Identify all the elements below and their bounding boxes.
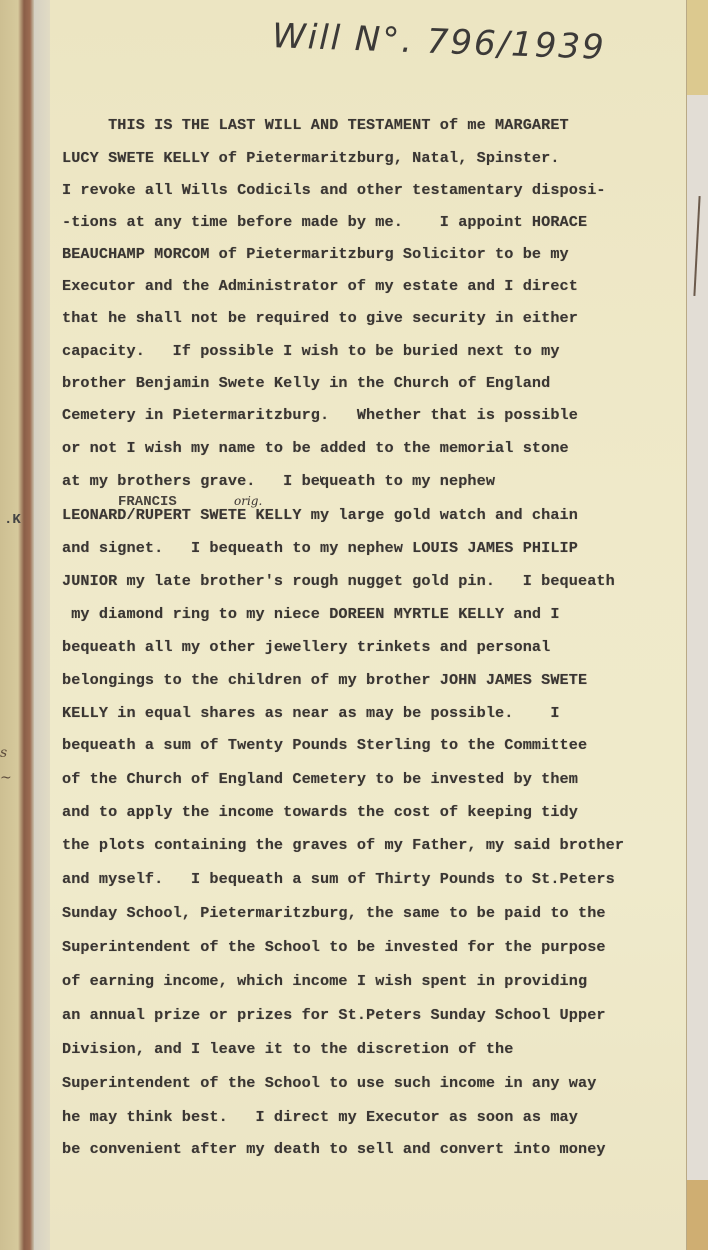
margin-handwriting: ~ (0, 770, 12, 786)
text-line: Superintendent of the School to be inves… (62, 938, 606, 956)
text-line: I revoke all Wills Codicils and other te… (62, 181, 606, 199)
text-line: THIS IS THE LAST WILL AND TESTAMENT of m… (62, 116, 569, 134)
text-line: and to apply the income towards the cost… (62, 803, 578, 821)
text-line: LUCY SWETE KELLY of Pietermaritzburg, Na… (62, 149, 560, 167)
text-line: an annual prize or prizes for St.Peters … (62, 1006, 606, 1024)
text-line: or not I wish my name to be added to the… (62, 439, 569, 457)
text-line: belongings to the children of my brother… (62, 671, 587, 689)
text-line: at my brothers grave. I bequeath to my n… (62, 472, 495, 490)
text-line: Sunday School, Pietermaritzburg, the sam… (62, 904, 606, 922)
text-line: Superintendent of the School to use such… (62, 1074, 596, 1092)
text-line: of the Church of England Cemetery to be … (62, 770, 578, 788)
text-line: of earning income, which income I wish s… (62, 972, 587, 990)
background-surface (686, 0, 708, 1250)
text-line: my diamond ring to my niece DOREEN MYRTL… (62, 605, 560, 623)
text-line: brother Benjamin Swete Kelly in the Chur… (62, 374, 550, 392)
text-line: BEAUCHAMP MORCOM of Pietermaritzburg Sol… (62, 245, 569, 263)
margin-handwriting: s (0, 745, 7, 761)
text-line: bequeath a sum of Twenty Pounds Sterling… (62, 736, 587, 754)
text-line: Cemetery in Pietermaritzburg. Whether th… (62, 406, 578, 424)
text-line: LEONARD/RUPERT SWETE KELLY my large gold… (62, 506, 578, 524)
text-line: Division, and I leave it to the discreti… (62, 1040, 514, 1058)
text-line: -tions at any time before made by me. I … (62, 213, 587, 231)
text-line: that he shall not be required to give se… (62, 309, 578, 327)
text-line: the plots containing the graves of my Fa… (62, 836, 624, 854)
text-line: capacity. If possible I wish to be burie… (62, 342, 560, 360)
handwritten-will-number: Will N°. 796/1939 (271, 16, 606, 68)
margin-mark: .K (4, 512, 21, 528)
text-line: and signet. I bequeath to my nephew LOUI… (62, 539, 578, 557)
text-line: he may think best. I direct my Executor … (62, 1108, 578, 1126)
underlying-folder-top (686, 0, 708, 95)
underlying-page-edge (0, 0, 34, 1250)
text-line: KELLY in equal shares as near as may be … (62, 704, 560, 722)
text-line: and myself. I bequeath a sum of Thirty P… (62, 870, 615, 888)
text-line: be convenient after my death to sell and… (62, 1140, 606, 1158)
text-line: JUNIOR my late brother's rough nugget go… (62, 572, 615, 590)
text-line: bequeath all my other jewellery trinkets… (62, 638, 550, 656)
text-line: Executor and the Administrator of my est… (62, 277, 578, 295)
underlying-folder-bottom (686, 1180, 708, 1250)
